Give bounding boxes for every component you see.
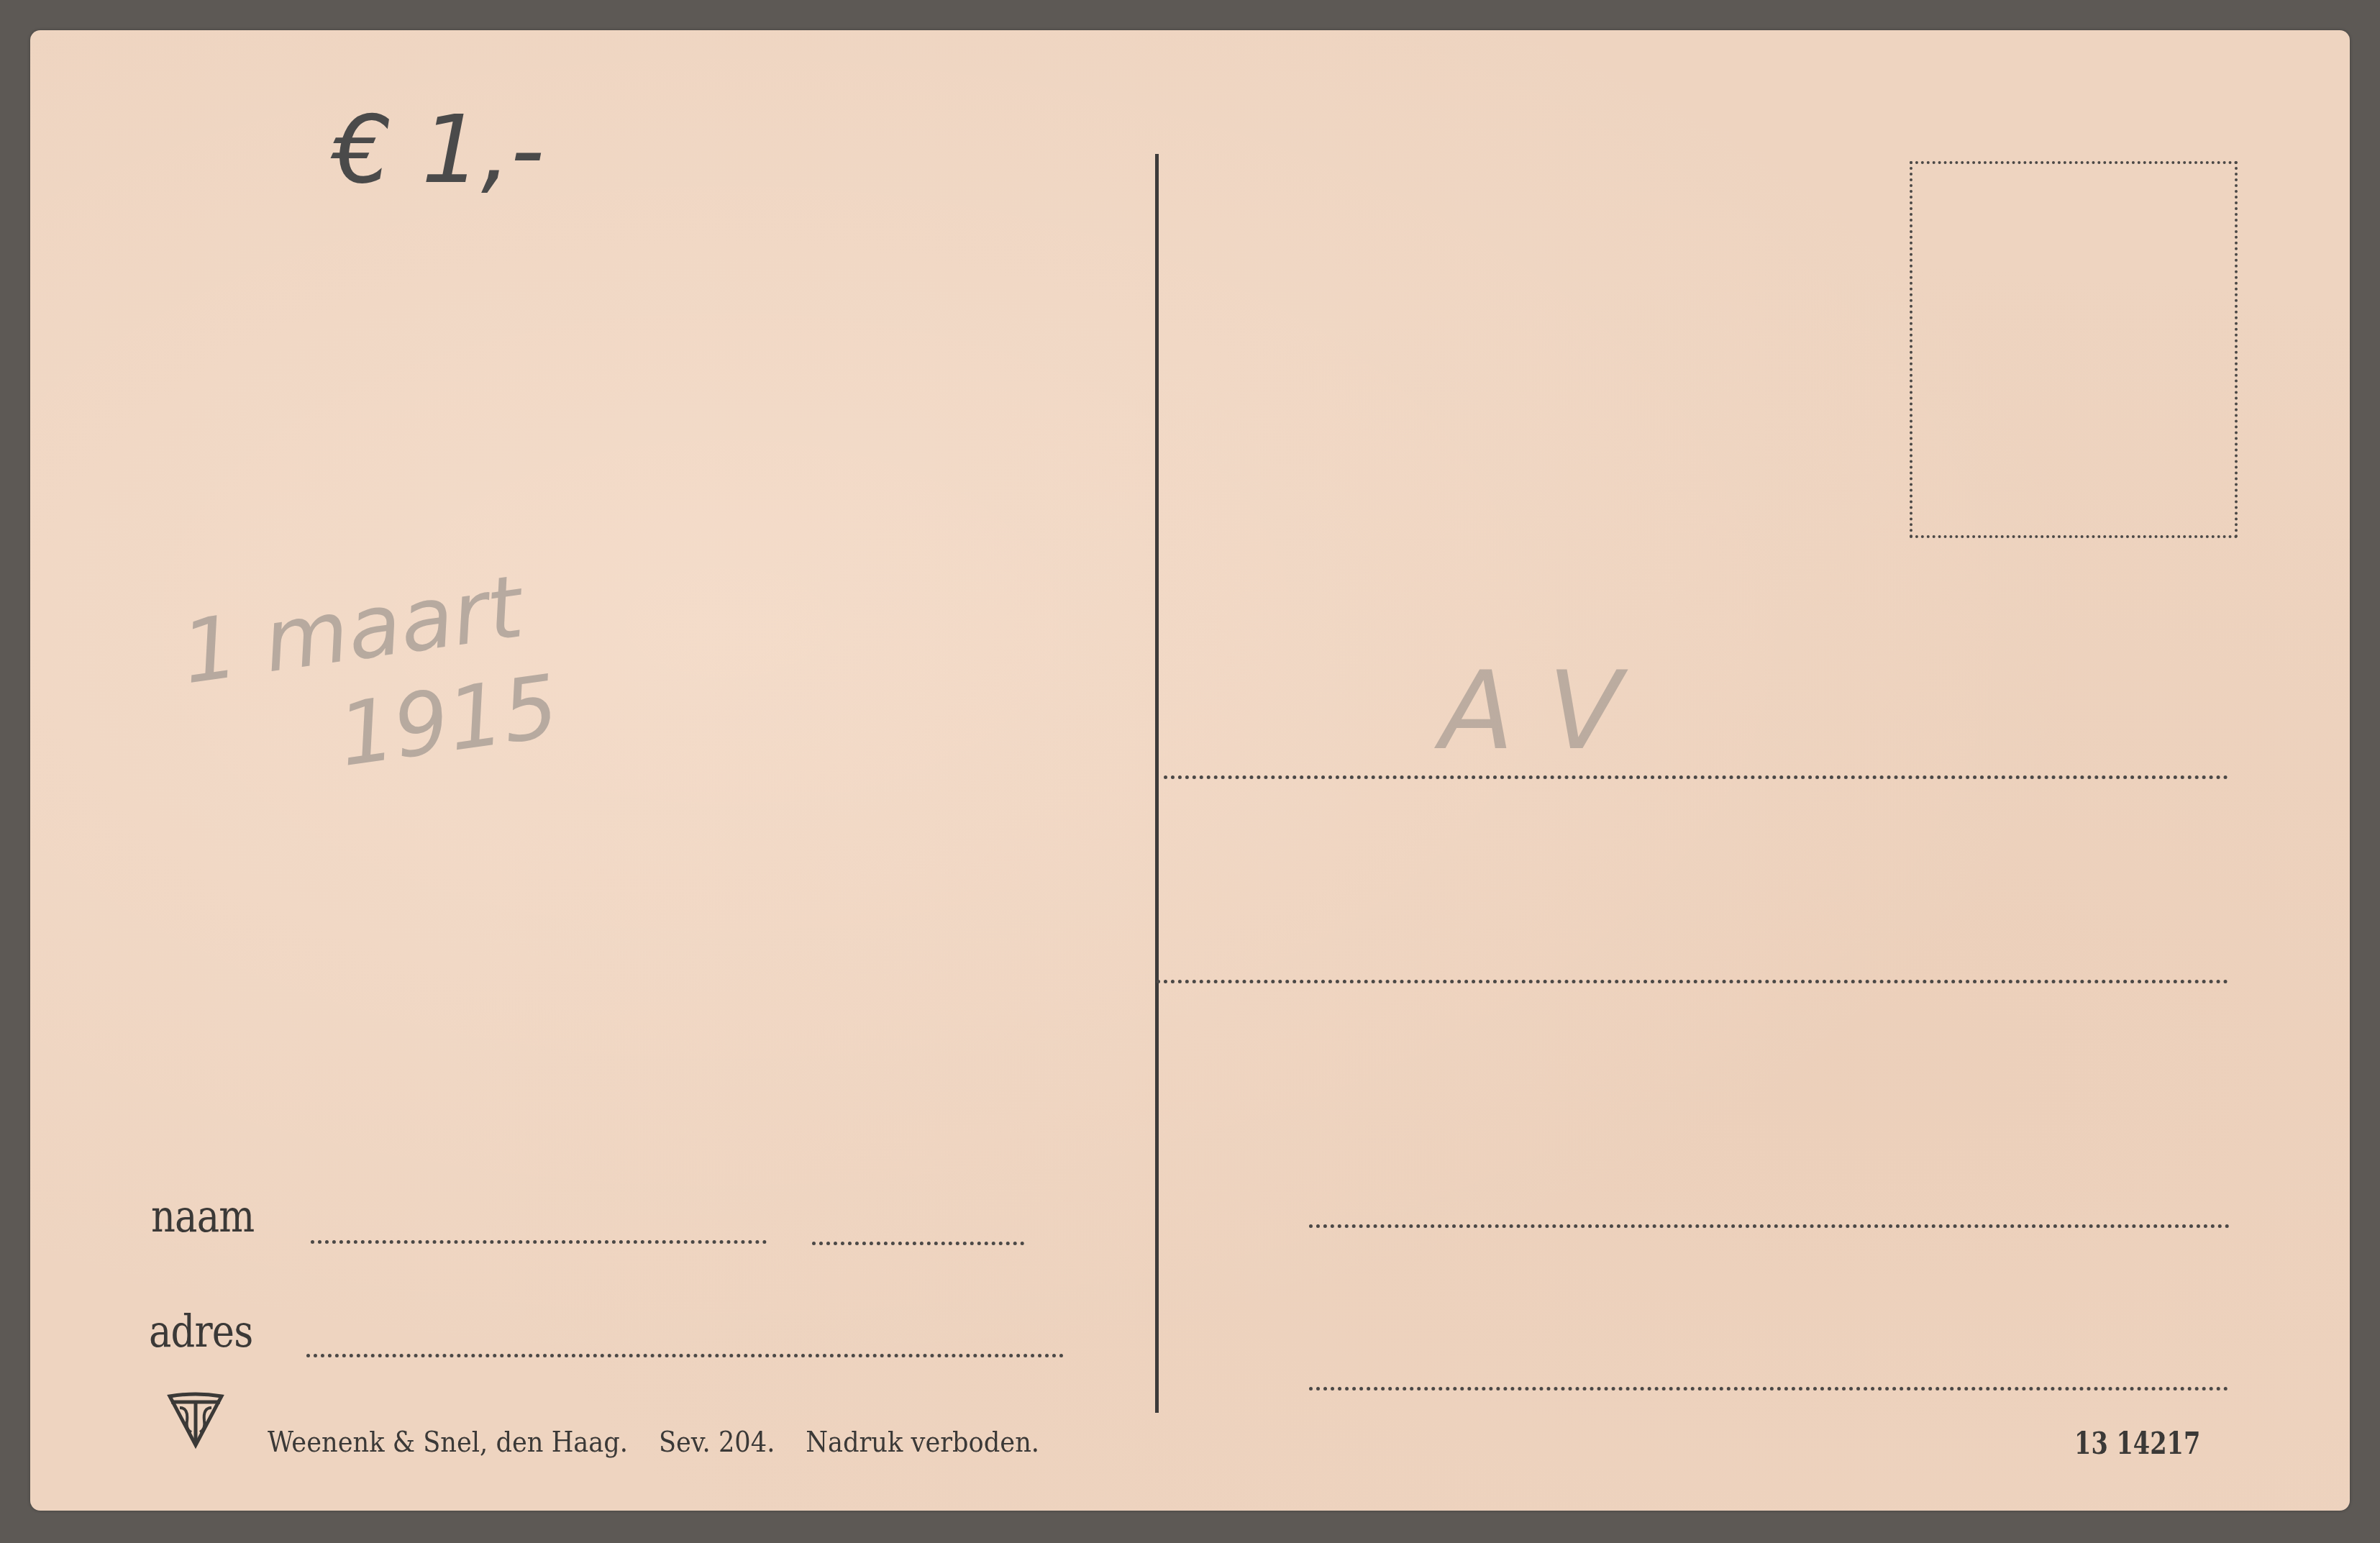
name-line-a [311, 1240, 767, 1244]
publisher-logo-icon [167, 1392, 224, 1449]
address-label: adres [149, 1305, 252, 1357]
postcard: € 1,- 1 maart 1915 A V naam adres Weenen… [30, 30, 2350, 1511]
center-divider [1155, 154, 1159, 1413]
publisher-name: Weenenk & Snel, den Haag. [268, 1426, 628, 1459]
address-line-2 [1157, 980, 2228, 983]
address-field-line [306, 1354, 1064, 1357]
serial-number: 13 14217 [2074, 1426, 2200, 1461]
handwritten-date: 1 maart 1915 [175, 552, 565, 809]
stamp-box [1910, 161, 2238, 538]
name-line-b [812, 1242, 1024, 1245]
address-line-4 [1309, 1387, 2228, 1390]
name-label: naam [151, 1190, 254, 1242]
handwritten-price: € 1,- [332, 95, 544, 204]
address-line-1 [1164, 775, 2228, 779]
copyright-notice: Nadruk verboden. [806, 1426, 1039, 1459]
handwritten-address-scribble: A V [1440, 649, 1622, 774]
series-number: Sev. 204. [659, 1426, 775, 1459]
publisher-footer: Weenenk & Snel, den Haag. Sev. 204. Nadr… [268, 1426, 1062, 1459]
address-line-3 [1309, 1224, 2230, 1228]
